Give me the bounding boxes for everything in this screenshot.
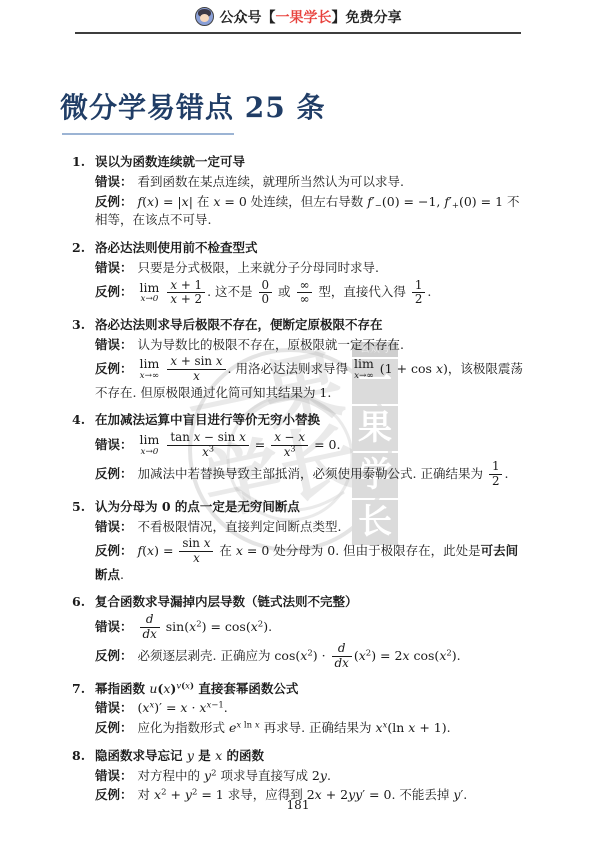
error-label: 错误： [95,619,133,634]
header-text-suffix: 】免费分享 [332,10,402,26]
error-content: limx→0 tan x − sin xx3 = x − xx3 = 0. [138,437,341,452]
counterexample-label: 反例： [95,543,133,558]
counterexample-label: 反例： [95,466,133,481]
error-label: 错误： [95,437,133,452]
item-heading: 认为分母为 0 的点一定是无穷间断点 [95,498,524,517]
error-line: 错误：ddx sin(x2) = cos(x2). [95,613,524,641]
page-number: 181 [0,798,596,812]
error-line: 错误：对方程中的 y2 项求导直接写成 2y. [95,767,524,786]
error-label: 错误： [95,174,133,189]
error-label: 错误： [95,337,133,352]
item-heading: 误以为函数连续就一定可导 [95,153,524,172]
counterexample-content: f(x) = sin xx 在 x = 0 处分母为 0. 但由于极限存在，此处… [95,543,518,582]
item-number: 1. [72,153,85,172]
counterexample-line: 反例：f(x) = sin xx 在 x = 0 处分母为 0. 但由于极限存在… [95,537,524,584]
mistake-item: 6. 复合函数求导漏掉内层导数（链式法则不完整） 错误：ddx sin(x2) … [72,593,524,670]
avatar-face [200,14,209,22]
item-heading: 洛必达法则使用前不检查型式 [95,239,524,258]
counterexample-label: 反例： [95,194,133,209]
counterexample-content: 加减法中若替换导致主部抵消，必须使用泰勒公式. 正确结果为 12. [138,466,509,481]
counterexample-line: 反例：limx→∞ x + sin xx. 用洛必达法则求导得 limx→∞ (… [95,355,524,402]
error-line: 错误：只要是分式极限，上来就分子分母同时求导. [95,259,524,278]
item-number: 4. [72,411,85,430]
counterexample-content: limx→0 x + 1x + 2. 这不是 00 或 ∞∞ 型，直接代入得 1… [138,284,432,299]
error-line: 错误：limx→0 tan x − sin xx3 = x − xx3 = 0. [95,431,524,459]
page-header: 公众号【一果学长】免费分享 [0,7,596,27]
counterexample-label: 反例： [95,720,133,735]
header-rule [75,32,521,34]
error-content: (xx)′ = x · xx−1. [138,700,228,715]
mistake-item: 4. 在加减法运算中盲目进行等价无穷小替换 错误：limx→0 tan x − … [72,411,524,488]
item-heading: 幂指函数 u(x)v(x) 直接套幂函数公式 [95,680,524,699]
counterexample-line: 反例：limx→0 x + 1x + 2. 这不是 00 或 ∞∞ 型，直接代入… [95,279,524,307]
title-underline [62,133,234,135]
item-number: 6. [72,593,85,612]
item-heading: 洛必达法则求导后极限不存在，便断定原极限不存在 [95,316,524,335]
counterexample-content: 必须逐层剥壳. 正确应为 cos(x2) · ddx(x2) = 2x cos(… [138,648,461,663]
error-content: ddx sin(x2) = cos(x2). [138,619,273,634]
error-content: 不看极限情况，直接判定间断点类型. [138,519,342,534]
mistake-item: 7. 幂指函数 u(x)v(x) 直接套幂函数公式 错误：(xx)′ = x ·… [72,680,524,738]
error-line: 错误：认为导数比的极限不存在，原极限就一定不存在. [95,336,524,355]
item-heading: 隐函数求导忘记 y 是 x 的函数 [95,747,524,766]
mistake-list: 1. 误以为函数连续就一定可导 错误：看到函数在某点连续，就理所当然认为可以求导… [72,153,524,814]
counterexample-content: f(x) = |x| 在 x = 0 处连续，但左右导数 f′−(0) = −1… [95,194,520,228]
mistake-item: 3. 洛必达法则求导后极限不存在，便断定原极限不存在 错误：认为导数比的极限不存… [72,316,524,403]
counterexample-label: 反例： [95,361,133,376]
error-line: 错误：(xx)′ = x · xx−1. [95,699,524,718]
error-content: 只要是分式极限，上来就分子分母同时求导. [138,260,379,275]
error-line: 错误：不看极限情况，直接判定间断点类型. [95,518,524,537]
error-line: 错误：看到函数在某点连续，就理所当然认为可以求导. [95,173,524,192]
item-number: 5. [72,498,85,517]
counterexample-label: 反例： [95,284,133,299]
error-label: 错误： [95,700,133,715]
item-number: 8. [72,747,85,766]
mistake-item: 5. 认为分母为 0 的点一定是无穷间断点 错误：不看极限情况，直接判定间断点类… [72,498,524,585]
counterexample-line: 反例：f(x) = |x| 在 x = 0 处连续，但左右导数 f′−(0) =… [95,193,524,231]
error-content: 认为导数比的极限不存在，原极限就一定不存在. [138,337,404,352]
item-heading: 在加减法运算中盲目进行等价无穷小替换 [95,411,524,430]
counterexample-content: 应化为指数形式 ex ln x 再求导. 正确结果为 xx(ln x + 1). [138,720,451,735]
mistake-item: 2. 洛必达法则使用前不检查型式 错误：只要是分式极限，上来就分子分母同时求导.… [72,239,524,307]
page-title: 微分学易错点 25 条 [60,86,325,126]
mistake-item: 8. 隐函数求导忘记 y 是 x 的函数 错误：对方程中的 y2 项求导直接写成… [72,747,524,805]
document-page: 一果学长 公众号 一果学长 公众号【一果学长】免费分享 微分学易错点 25 条 … [0,0,596,842]
error-label: 错误： [95,260,133,275]
item-heading: 复合函数求导漏掉内层导数（链式法则不完整） [95,593,524,612]
counterexample-label: 反例： [95,648,133,663]
counterexample-content: limx→∞ x + sin xx. 用洛必达法则求导得 limx→∞ (1 +… [95,361,523,400]
counterexample-line: 反例：必须逐层剥壳. 正确应为 cos(x2) · ddx(x2) = 2x c… [95,642,524,670]
mistake-item: 1. 误以为函数连续就一定可导 错误：看到函数在某点连续，就理所当然认为可以求导… [72,153,524,230]
header-text-prefix: 公众号【 [220,10,276,26]
error-label: 错误： [95,768,133,783]
error-content: 对方程中的 y2 项求导直接写成 2y. [138,768,331,783]
account-avatar-icon [195,7,214,26]
account-name: 一果学长 [276,10,332,26]
item-number: 2. [72,239,85,258]
counterexample-line: 反例：应化为指数形式 ex ln x 再求导. 正确结果为 xx(ln x + … [95,719,524,738]
error-content: 看到函数在某点连续，就理所当然认为可以求导. [138,174,404,189]
item-number: 3. [72,316,85,335]
error-label: 错误： [95,519,133,534]
counterexample-line: 反例：加减法中若替换导致主部抵消，必须使用泰勒公式. 正确结果为 12. [95,460,524,488]
item-number: 7. [72,680,85,699]
